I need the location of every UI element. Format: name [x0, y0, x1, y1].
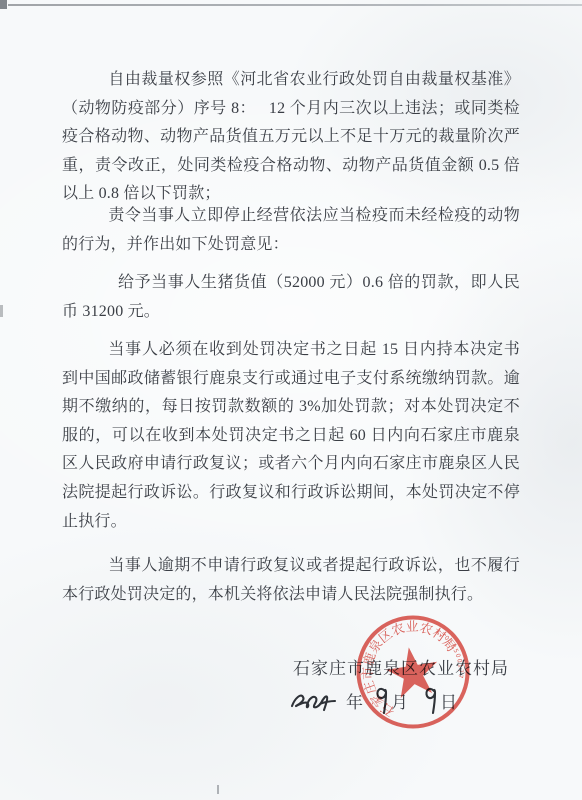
- body-paragraph-discretion-basis: 自由裁量权参照《河北省农业行政处罚自由裁量权基准》（动物防疫部分）序号 8： 1…: [62, 66, 520, 209]
- handwritten-year-2024: [290, 685, 344, 715]
- scan-artifact-corner-mark: [0, 0, 7, 9]
- seal-code: 13018500177: [435, 628, 464, 680]
- scan-artifact-top-line: [8, 4, 582, 6]
- body-paragraph-fine-amount: 给予当事人生猪货值（52000 元）0.6 倍的罚款，即人民币 31200 元。: [62, 269, 520, 326]
- seal-star-icon: [383, 643, 441, 699]
- body-paragraph-payment-and-appeal: 当事人必须在收到处罚决定书之日起 15 日内持本决定书到中国邮政储蓄银行鹿泉支行…: [62, 336, 520, 536]
- scanned-document-page: 自由裁量权参照《河北省农业行政处罚自由裁量权基准》（动物防疫部分）序号 8： 1…: [0, 0, 582, 800]
- body-paragraph-enforcement: 当事人逾期不申请行政复议或者提起行政诉讼，也不履行本行政处罚决定的，本机关将依法…: [62, 552, 520, 609]
- body-paragraph-order-to-stop: 责令当事人立即停止经营依法应当检疫而未经检疫的动物的行为，并作出如下处罚意见：: [62, 202, 520, 259]
- official-seal: 石家庄市鹿泉区农业农村局 13018500177: [352, 611, 474, 733]
- scan-artifact-bottom-mark: [217, 785, 219, 794]
- scan-artifact-left-mark: [0, 305, 3, 317]
